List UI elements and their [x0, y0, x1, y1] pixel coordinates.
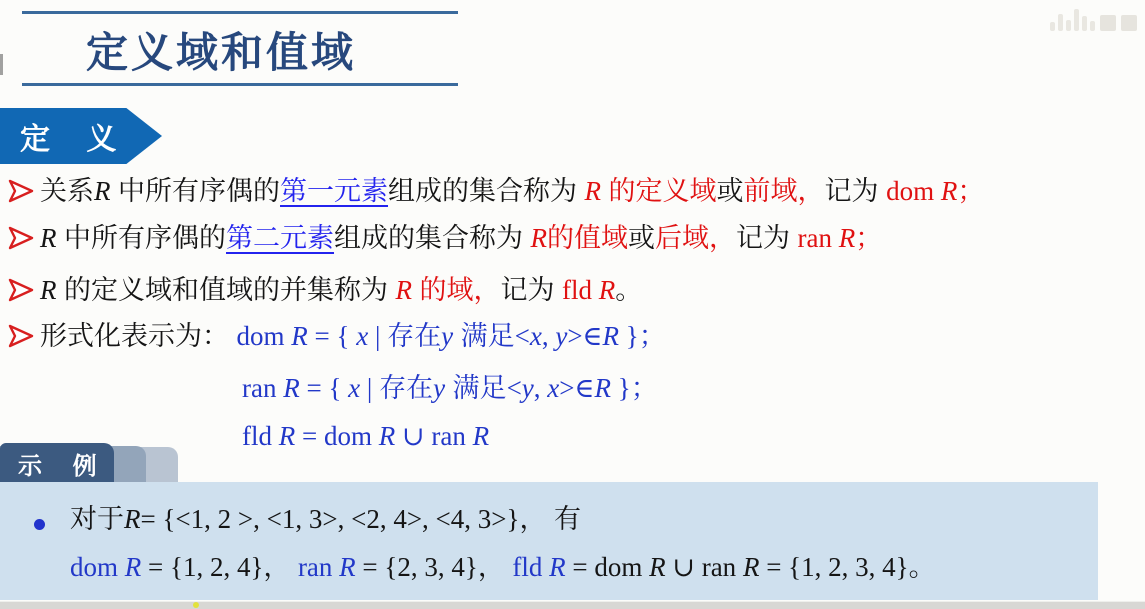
progress-dot [193, 602, 199, 608]
text-segment: x [547, 373, 559, 403]
text-segment: R [125, 552, 142, 582]
example-text: 对于R= {<1, 2 >, <1, 3>, <2, 4>, <4, 3>}， … [70, 504, 581, 534]
text-segment: ， [798, 176, 825, 206]
watermark-bar [1058, 14, 1063, 31]
slide: 定义域和值域 定 义 关系R 中所有序偶的第一元素组成的集合称为 R 的定义域或… [0, 0, 1145, 609]
text-segment: 记为 [825, 176, 887, 206]
text-segment: | [360, 373, 379, 403]
text-segment: R [839, 223, 856, 253]
left-edge-artifact [0, 54, 3, 75]
bullet-text: 关系R 中所有序偶的第一元素组成的集合称为 R 的定义域或前域，记为 dom R… [40, 174, 984, 208]
text-segment: ， [263, 552, 298, 582]
text-segment: 第二元素 [226, 223, 334, 253]
text-segment: ∪ ran [666, 552, 743, 582]
text-segment: ， [478, 552, 513, 582]
formula-text: ran R = { x | 存在y 满足<y, x>∈R }； [242, 373, 658, 403]
text-segment: 第一元素 [280, 176, 388, 206]
text-segment: 满足 [453, 321, 515, 351]
text-segment: 中所有序偶的 [111, 176, 281, 206]
text-segment: 的定义域 [601, 176, 717, 206]
definition-bullet-3: R 的定义域和值域的并集称为 R 的域，记为 fld R。 [8, 273, 1138, 307]
text-segment: 。 [909, 552, 936, 582]
text-segment: < [507, 373, 522, 403]
title-rule-top [22, 11, 458, 14]
text-segment: < [515, 321, 530, 351]
text-segment: y [555, 321, 567, 351]
text-segment: R [531, 223, 548, 253]
text-segment: y [441, 321, 453, 351]
text-segment: ； [855, 223, 882, 253]
text-segment: R [379, 421, 396, 451]
text-segment: 存在 [379, 373, 433, 403]
blue-dot-bullet-icon [34, 519, 45, 530]
text-segment: 的定义域和值域的并集称为 [57, 275, 396, 305]
text-segment: = { [308, 321, 356, 351]
text-segment: , [534, 373, 548, 403]
bullet-text: R 中所有序偶的第二元素组成的集合称为 R的值域或后域，记为 ran R； [40, 221, 882, 255]
equalizer-bars-logo-icon [1050, 9, 1137, 31]
text-segment: = dom [295, 421, 378, 451]
text-segment: R [291, 321, 308, 351]
text-segment: 或 [717, 176, 744, 206]
definition-bullet-2: R 中所有序偶的第二元素组成的集合称为 R的值域或后域，记为 ran R； [8, 221, 1138, 255]
text-segment: y [433, 373, 445, 403]
text-segment: }； [611, 373, 658, 403]
text-segment: ， [709, 223, 736, 253]
title-rule-bottom [22, 83, 458, 86]
text-segment: R [94, 176, 111, 206]
text-segment: ∪ ran [395, 421, 472, 451]
text-segment: 记为 [736, 223, 798, 253]
text-segment: R [124, 504, 141, 534]
definition-badge-label: 定 义 [0, 114, 130, 158]
example-badge-label: 示 例 [0, 446, 109, 481]
text-segment: 。 [615, 275, 642, 305]
watermark-bar [1082, 16, 1087, 31]
text-segment: R [279, 421, 296, 451]
bottom-strip [0, 601, 1145, 609]
definition-bullet-4: 形式化表示为： dom R = { x | 存在y 满足<x, y>∈R }； [8, 319, 1138, 353]
text-segment: x [348, 373, 360, 403]
text-segment: R [339, 552, 356, 582]
text-segment: , [542, 321, 556, 351]
text-segment: = { [300, 373, 348, 403]
red-arrowhead-bullet-icon [8, 179, 34, 203]
text-segment: dom [237, 321, 292, 351]
text-segment: = {<1, 2 >, <1, 3>, <2, 4>, <4, 3>} [141, 504, 520, 534]
text-segment: R [599, 275, 616, 305]
text-segment: R [549, 552, 566, 582]
text-segment: = dom [566, 552, 649, 582]
text-segment: R [473, 421, 490, 451]
formula-fld-line: fld R = dom R ∪ ran R [242, 419, 489, 453]
text-segment: 组成的集合称为 [388, 176, 585, 206]
text-segment: 存在 [387, 321, 441, 351]
example-text: dom R = {1, 2, 4}， ran R = {2, 3, 4}， fl… [70, 552, 936, 582]
text-segment: ， [474, 275, 501, 305]
text-segment: R [396, 275, 413, 305]
text-segment: = {1, 2, 3, 4} [759, 552, 908, 582]
red-arrowhead-bullet-icon [8, 324, 34, 348]
example-line-2: dom R = {1, 2, 4}， ran R = {2, 3, 4}， fl… [70, 551, 936, 583]
text-segment: >∈ [567, 321, 602, 351]
page-title: 定义域和值域 [86, 20, 356, 80]
text-segment: 中所有序偶的 [57, 223, 227, 253]
text-segment: fld [242, 421, 279, 451]
text-segment: 的域 [412, 275, 474, 305]
text-segment: R [649, 552, 666, 582]
text-segment: R [40, 223, 57, 253]
text-segment: | [368, 321, 387, 351]
text-segment: ran [798, 223, 839, 253]
example-badge: 示 例 [0, 443, 114, 483]
example-line-1: 对于R= {<1, 2 >, <1, 3>, <2, 4>, <4, 3>}， … [70, 503, 581, 535]
watermark-bar [1066, 20, 1071, 31]
definition-bullet-1: 关系R 中所有序偶的第一元素组成的集合称为 R 的定义域或前域，记为 dom R… [8, 174, 1138, 208]
watermark-bar [1050, 22, 1055, 31]
text-segment: }； [619, 321, 666, 351]
text-segment: = {1, 2, 4} [141, 552, 263, 582]
text-segment: >∈ [559, 373, 594, 403]
watermark-bar [1090, 21, 1095, 31]
text-segment: R [283, 373, 300, 403]
text-segment: 对于 [70, 504, 124, 534]
text-segment: 或 [628, 223, 655, 253]
text-segment: ； [957, 176, 984, 206]
text-segment: R [594, 373, 611, 403]
text-segment: R [941, 176, 958, 206]
watermark-glyph [1100, 15, 1116, 31]
text-segment: R [743, 552, 760, 582]
formula-ran-line: ran R = { x | 存在y 满足<y, x>∈R }； [242, 371, 658, 405]
text-segment: 形式化表示为： [40, 321, 237, 351]
text-segment: 组成的集合称为 [334, 223, 531, 253]
formula-text: fld R = dom R ∪ ran R [242, 421, 489, 451]
text-segment: dom [886, 176, 941, 206]
text-segment: = {2, 3, 4} [356, 552, 478, 582]
text-segment: 的值域 [547, 223, 628, 253]
bullet-text: R 的定义域和值域的并集称为 R 的域，记为 fld R。 [40, 273, 642, 307]
text-segment: fld [512, 552, 549, 582]
text-segment: fld [562, 275, 599, 305]
watermark-glyph [1121, 15, 1137, 31]
text-segment: 前域 [744, 176, 798, 206]
text-segment: x [530, 321, 542, 351]
text-segment: R [40, 275, 57, 305]
text-segment: R [603, 321, 620, 351]
text-segment: ran [242, 373, 283, 403]
text-segment: 满足 [445, 373, 507, 403]
text-segment: 关系 [40, 176, 94, 206]
text-segment: R [585, 176, 602, 206]
text-segment: x [356, 321, 368, 351]
red-arrowhead-bullet-icon [8, 226, 34, 250]
definition-badge: 定 义 [0, 108, 162, 164]
watermark-bar [1074, 9, 1079, 31]
red-arrowhead-bullet-icon [8, 278, 34, 302]
text-segment: dom [70, 552, 125, 582]
text-segment: ， 有 [519, 504, 581, 534]
bullet-text: 形式化表示为： dom R = { x | 存在y 满足<x, y>∈R }； [40, 319, 666, 353]
text-segment: 后域 [655, 223, 709, 253]
text-segment: y [522, 373, 534, 403]
text-segment: ran [298, 552, 339, 582]
text-segment: 记为 [501, 275, 563, 305]
